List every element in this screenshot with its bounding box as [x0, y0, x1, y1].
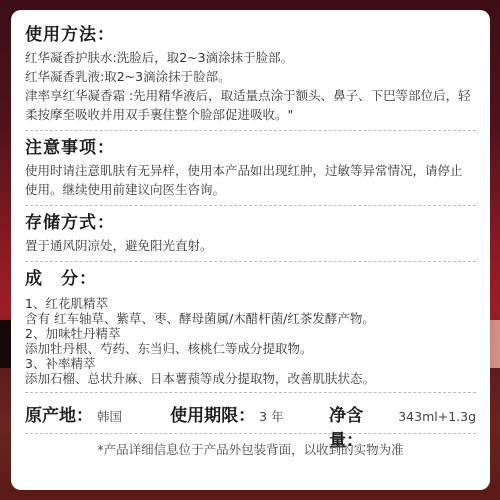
usage-line: 柔按摩至吸收并用双手裹住整个脸部促进吸收。" [25, 105, 476, 124]
caution-section: 注意事项： 使用时请注意肌肤有无异样，使用本产品如出现红肿，过敏等异常情况，请停… [25, 137, 476, 199]
divider [25, 392, 476, 393]
ingredients-heading: 成 分： [25, 268, 476, 290]
storage-heading: 存储方式： [25, 212, 476, 234]
divider [25, 261, 476, 262]
origin-value: 韩国 [97, 407, 122, 425]
caution-line: 使用。继续使用前建议向医生咨询。 [25, 180, 476, 199]
usage-heading: 使用方法： [25, 24, 476, 46]
usage-section: 使用方法： 红华凝香护肤水:洗脸后，取2~3滴涂抹于脸部。 红华凝香乳液:取2~… [25, 24, 476, 124]
net-content-value: 343ml+1.3g [398, 409, 476, 424]
shelf-life-value: 3 年 [259, 407, 283, 425]
caution-line: 使用时请注意肌肤有无异样，使用本产品如出现红肿，过敏等异常情况，请停止 [25, 161, 476, 180]
ingredient-line: 1、红花肌精萃 [25, 296, 476, 311]
usage-line: 红华凝香乳液:取2~3滴涂抹于脸部。 [25, 67, 476, 86]
spec-row: 原产地： 韩国 使用期限： 3 年 净含量： 343ml+1.3g [25, 399, 476, 427]
divider [25, 205, 476, 206]
shelf-life-label: 使用期限： [170, 401, 255, 426]
divider [25, 130, 476, 131]
ingredient-line: 3、补率精萃 [25, 356, 476, 371]
ingredient-line: 含有 红车轴草、紫草、枣、酵母菌属/木醋杆菌/红茶发酵产物。 [25, 311, 476, 326]
ingredient-line: 2、加味牡丹精萃 [25, 326, 476, 341]
origin-spec: 原产地： 韩国 [25, 401, 170, 426]
ingredients-section: 成 分： 1、红花肌精萃 含有 红车轴草、紫草、枣、酵母菌属/木醋杆菌/红茶发酵… [25, 268, 476, 386]
shelf-life-spec: 使用期限： 3 年 [170, 401, 329, 426]
ingredient-line: 添加石榴、总状升麻、日本薯蓣等成分提取物，改善肌肤状态。 [25, 371, 476, 386]
usage-line: 红华凝香护肤水:洗脸后，取2~3滴涂抹于脸部。 [25, 48, 476, 67]
storage-section: 存储方式： 置于通风阴凉处，避免阳光直射。 [25, 212, 476, 255]
product-info-card: 使用方法： 红华凝香护肤水:洗脸后，取2~3滴涂抹于脸部。 红华凝香乳液:取2~… [11, 10, 490, 490]
origin-label: 原产地： [25, 401, 93, 426]
usage-line: 津率享红华凝香霜 :先用精华液后，取适量点涂于额头、鼻子、下巴等部位后，轻 [25, 86, 476, 105]
caution-heading: 注意事项： [25, 137, 476, 159]
ingredient-line: 添加牡丹根、芍药、东当归、核桃仁等成分提取物。 [25, 341, 476, 356]
storage-line: 置于通风阴凉处，避免阳光直射。 [25, 236, 476, 255]
